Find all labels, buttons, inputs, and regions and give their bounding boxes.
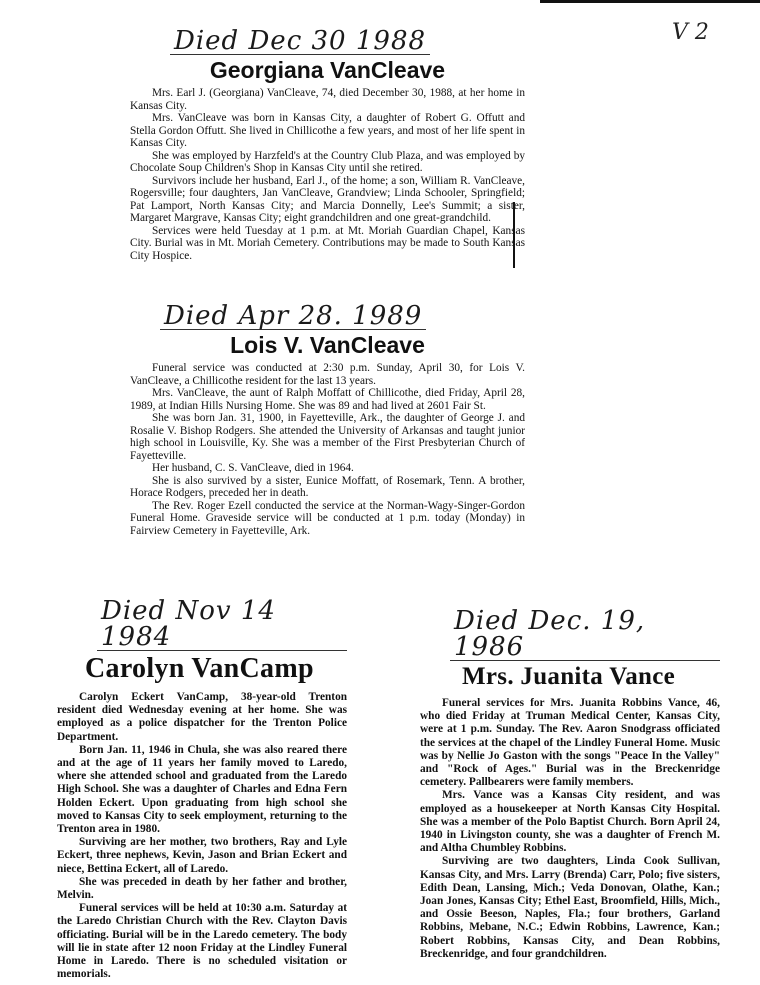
paragraph: Carolyn Eckert VanCamp, 38-year-old Tren… [57, 691, 347, 744]
paragraph: Funeral service was conducted at 2:30 p.… [130, 362, 525, 387]
paragraph: Funeral services will be held at 10:30 a… [57, 902, 347, 981]
handwritten-date: Died Nov 14 1984 [97, 598, 347, 651]
obituary-name: Mrs. Juanita Vance [420, 663, 720, 691]
obituary-lois-vancleave: Died Apr 28. 1989 Lois V. VanCleave Fune… [130, 303, 525, 537]
paragraph: Surviving are two daughters, Linda Cook … [420, 855, 720, 961]
handwritten-date: Died Apr 28. 1989 [160, 303, 426, 330]
obituary-body: Funeral services for Mrs. Juanita Robbin… [420, 697, 720, 961]
handwritten-date: Died Dec. 19, 1986 [450, 608, 720, 661]
handwritten-date: Died Dec 30 1988 [170, 28, 430, 55]
obituary-name: Carolyn VanCamp [57, 653, 347, 685]
obituary-carolyn-vancamp: Died Nov 14 1984 Carolyn VanCamp Carolyn… [57, 598, 347, 981]
paragraph: Survivors include her husband, Earl J., … [130, 175, 525, 225]
obituary-georgiana-vancleave: Died Dec 30 1988 Georgiana VanCleave Mrs… [130, 28, 525, 262]
paragraph: Surviving are her mother, two brothers, … [57, 836, 347, 876]
paragraph: She was preceded in death by her father … [57, 876, 347, 902]
obituary-body: Mrs. Earl J. (Georgiana) VanCleave, 74, … [130, 87, 525, 262]
paragraph: She is also survived by a sister, Eunice… [130, 475, 525, 500]
paragraph: Mrs. Vance was a Kansas City resident, a… [420, 789, 720, 855]
paragraph: Mrs. VanCleave was born in Kansas City, … [130, 112, 525, 150]
obituary-body: Carolyn Eckert VanCamp, 38-year-old Tren… [57, 691, 347, 981]
paragraph: The Rev. Roger Ezell conducted the servi… [130, 500, 525, 538]
obituary-body: Funeral service was conducted at 2:30 p.… [130, 362, 525, 537]
paragraph: Her husband, C. S. VanCleave, died in 19… [130, 462, 525, 475]
obituary-juanita-vance: Died Dec. 19, 1986 Mrs. Juanita Vance Fu… [420, 608, 720, 961]
paragraph: She was born Jan. 31, 1900, in Fayettevi… [130, 412, 525, 462]
paragraph: Born Jan. 11, 1946 in Chula, she was als… [57, 744, 347, 836]
paragraph: Mrs. VanCleave, the aunt of Ralph Moffat… [130, 387, 525, 412]
column-rule [513, 202, 515, 268]
obituary-name: Lois V. VanCleave [130, 332, 525, 359]
paragraph: Mrs. Earl J. (Georgiana) VanCleave, 74, … [130, 87, 525, 112]
paragraph: Services were held Tuesday at 1 p.m. at … [130, 225, 525, 263]
page-mark: V 2 [672, 20, 709, 45]
obituary-name: Georgiana VanCleave [130, 57, 525, 84]
scan-edge-bar [540, 0, 760, 3]
paragraph: Funeral services for Mrs. Juanita Robbin… [420, 697, 720, 789]
paragraph: She was employed by Harzfeld's at the Co… [130, 150, 525, 175]
